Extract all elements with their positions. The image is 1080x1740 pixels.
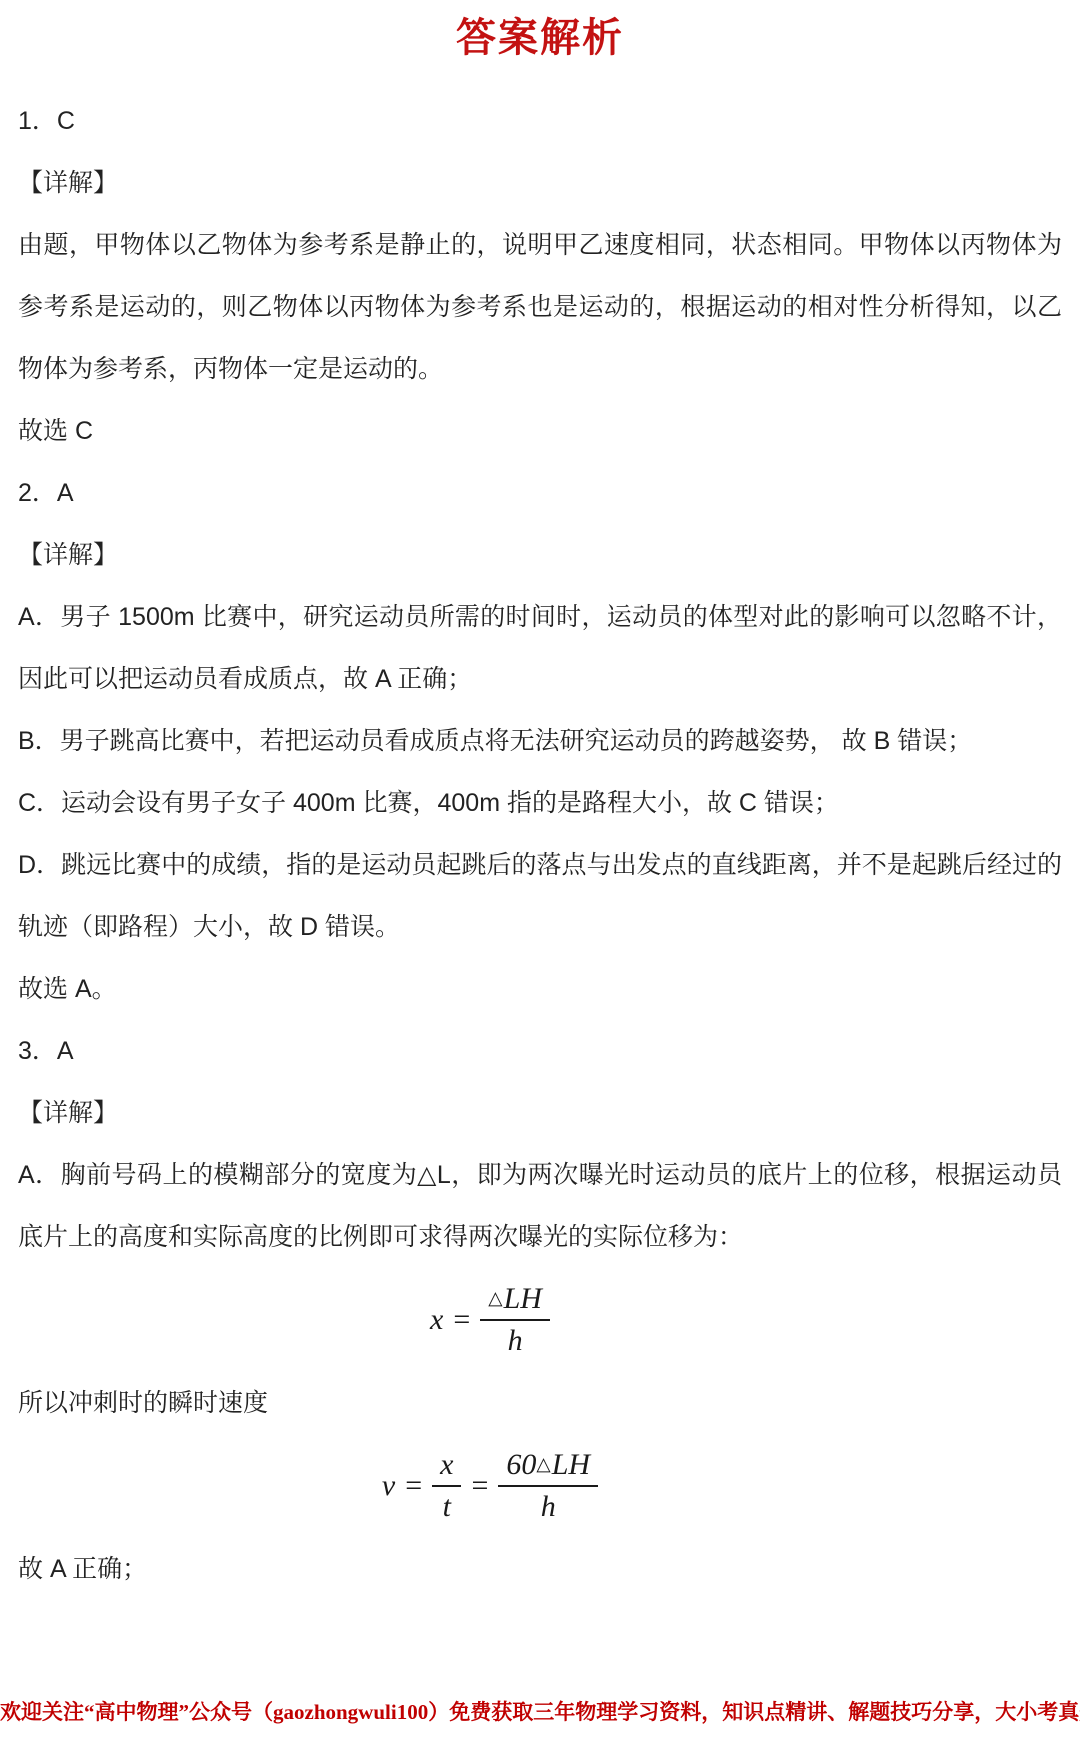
fraction-numerator: 60△LH <box>498 1448 598 1485</box>
question-3-detail-label: 【详解】 <box>18 1082 1062 1144</box>
numerator-letters: LH <box>504 1282 542 1315</box>
formula-velocity: v = x t = 60△LH h <box>0 1436 1012 1536</box>
fraction-denominator: h <box>480 1319 550 1358</box>
formula-displacement: x = △LH h <box>0 1270 1012 1370</box>
fraction: △LH h <box>480 1282 550 1358</box>
question-2-option-a-explanation: A．男子 1500m 比赛中，研究运动员所需的时间时，运动员的体型对此的影响可以… <box>18 586 1062 710</box>
fraction-denominator: h <box>498 1485 598 1524</box>
question-3-answer: 3．A <box>18 1020 1062 1082</box>
question-1-detail-label: 【详解】 <box>18 152 1062 214</box>
question-3-mid-text: 所以冲刺时的瞬时速度 <box>18 1372 1062 1434</box>
question-3-conclusion: 故 A 正确； <box>18 1538 1062 1600</box>
equals-sign: = <box>471 1469 488 1503</box>
question-2-option-c-explanation: C．运动会设有男子女子 400m 比赛，400m 指的是路程大小，故 C 错误； <box>18 772 1062 834</box>
fraction: 60△LH h <box>498 1448 598 1524</box>
question-2-answer: 2．A <box>18 462 1062 524</box>
numerator-coefficient: 60 <box>506 1448 536 1481</box>
question-2-conclusion: 故选 A。 <box>18 958 1062 1020</box>
question-3-option-a-explanation: A．胸前号码上的模糊部分的宽度为△L，即为两次曝光时运动员的底片上的位移，根据运… <box>18 1144 1062 1268</box>
fraction: x t <box>432 1448 461 1524</box>
formula-velocity-lhs: v <box>382 1469 395 1503</box>
question-2-option-b-explanation: B．男子跳高比赛中，若把运动员看成质点将无法研究运动员的跨越姿势， 故 B 错误… <box>18 710 1062 772</box>
fraction-numerator: △LH <box>480 1282 550 1319</box>
promo-footer-banner: 欢迎关注“高中物理”公众号（gaozhongwuli100）免费获取三年物理学习… <box>0 1696 1080 1726</box>
formula-displacement-lhs: x <box>430 1303 443 1337</box>
numerator-letters: LH <box>552 1448 590 1481</box>
question-1-conclusion: 故选 C <box>18 400 1062 462</box>
question-2-detail-label: 【详解】 <box>18 524 1062 586</box>
equals-sign: = <box>405 1469 422 1503</box>
equals-sign: = <box>453 1303 470 1337</box>
question-1-answer: 1．C <box>18 90 1062 152</box>
delta-symbol: △ <box>536 1454 550 1475</box>
page-title: 答案解析 <box>18 0 1062 62</box>
fraction-numerator: x <box>432 1448 461 1485</box>
question-1-explanation: 由题，甲物体以乙物体为参考系是静止的，说明甲乙速度相同，状态相同。甲物体以丙物体… <box>18 214 1062 400</box>
fraction-denominator: t <box>432 1485 461 1524</box>
delta-symbol: △ <box>488 1288 502 1309</box>
question-2-option-d-explanation: D．跳远比赛中的成绩，指的是运动员起跳后的落点与出发点的直线距离，并不是起跳后经… <box>18 834 1062 958</box>
answer-sheet-page: 答案解析 1．C 【详解】 由题，甲物体以乙物体为参考系是静止的，说明甲乙速度相… <box>0 0 1080 1600</box>
